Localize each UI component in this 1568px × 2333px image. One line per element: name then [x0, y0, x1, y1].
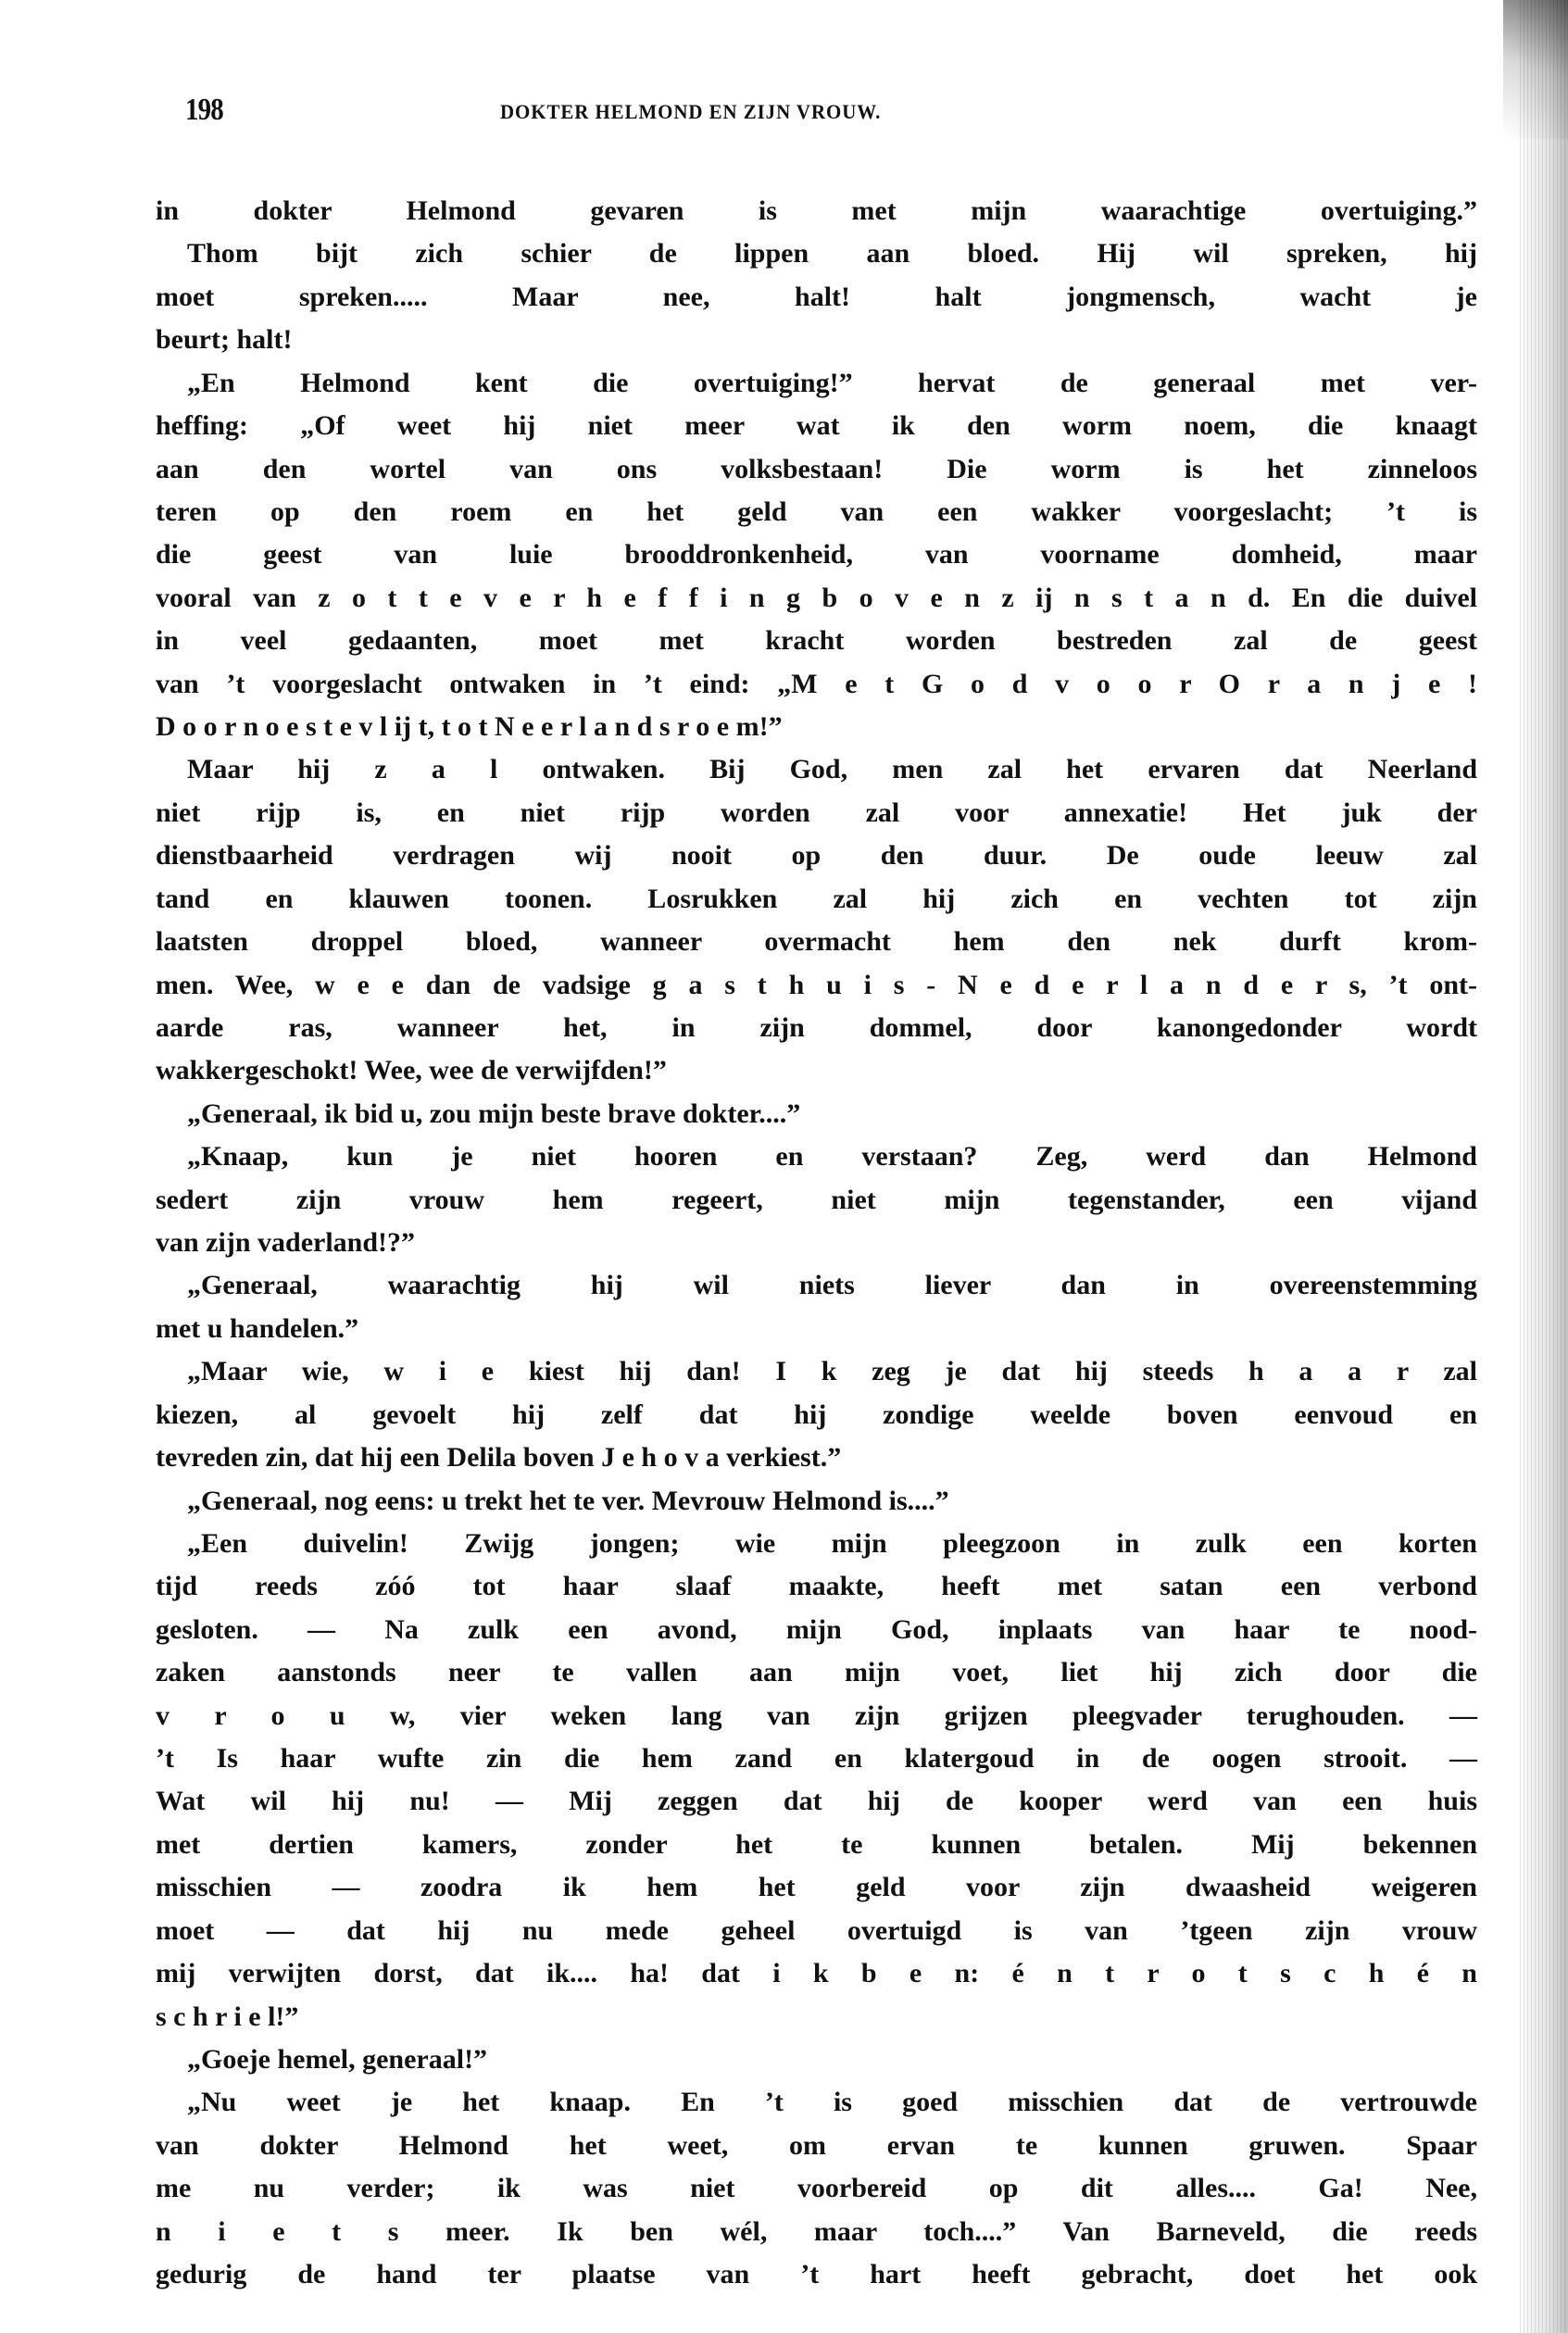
text-line-content: in veel gedaanten, moet met kracht worde…	[156, 626, 1477, 655]
text-line: wakkergeschokt! Wee, wee de verwijfden!”	[156, 1056, 1477, 1085]
text-line: moet — dat hij nu mede geheel overtuigd …	[156, 1916, 1477, 1945]
text-line: van zijn vaderland!?”	[156, 1228, 1477, 1257]
text-line: vooral van z o t t e v e r h e f f i n g…	[156, 583, 1477, 612]
text-line-content: misschien — zoodra ik hem het geld voor …	[156, 1873, 1477, 1901]
scan-edge-shadow	[1517, 0, 1568, 2333]
text-line-content: met dertien kamers, zonder het te kunnen…	[156, 1830, 1477, 1859]
text-line-content: van dokter Helmond het weet, om ervan te…	[156, 2131, 1477, 2160]
text-line: teren op den roem en het geld van een wa…	[156, 497, 1477, 526]
text-line: moet spreken..... Maar nee, halt! halt j…	[156, 282, 1477, 311]
text-line: heffing: „Of weet hij niet meer wat ik d…	[156, 411, 1477, 440]
text-line-content: beurt; halt!	[156, 325, 1477, 354]
text-line-content: die geest van luie brooddronkenheid, van…	[156, 540, 1477, 569]
text-line-content: Maar hij z a l ontwaken. Bij God, men za…	[187, 755, 1477, 784]
text-line: die geest van luie brooddronkenheid, van…	[156, 540, 1477, 569]
text-line-content: niet rijp is, en niet rijp worden zal vo…	[156, 798, 1477, 827]
text-line: n i e t s meer. Ik ben wél, maar toch...…	[156, 2217, 1477, 2246]
text-line-content: „Knaap, kun je niet hooren en verstaan? …	[187, 1142, 1477, 1171]
text-line: tevreden zin, dat hij een Delila boven J…	[156, 1443, 1477, 1472]
text-line-content: zaken aanstonds neer te vallen aan mijn …	[156, 1658, 1477, 1687]
text-line: Thom bijt zich schier de lippen aan bloe…	[156, 239, 1477, 268]
running-head: 198 DOKTER HELMOND EN ZIJN VROUW.	[185, 93, 1473, 130]
text-line: beurt; halt!	[156, 325, 1477, 354]
text-line: zaken aanstonds neer te vallen aan mijn …	[156, 1658, 1477, 1687]
text-line: Maar hij z a l ontwaken. Bij God, men za…	[156, 755, 1477, 784]
text-line-content: in dokter Helmond gevaren is met mijn wa…	[156, 196, 1477, 225]
running-title: DOKTER HELMOND EN ZIJN VROUW.	[500, 100, 881, 124]
text-line: kiezen, al gevoelt hij zelf dat hij zond…	[156, 1400, 1477, 1429]
text-line: „Generaal, nog eens: u trekt het te ver.…	[156, 1486, 1477, 1515]
text-line: met dertien kamers, zonder het te kunnen…	[156, 1830, 1477, 1859]
text-line-content: Wat wil hij nu! — Mij zeggen dat hij de …	[156, 1787, 1477, 1815]
text-line-content: moet spreken..... Maar nee, halt! halt j…	[156, 282, 1477, 311]
text-line: „Een duivelin! Zwijg jongen; wie mijn pl…	[156, 1529, 1477, 1558]
text-line: sedert zijn vrouw hem regeert, niet mijn…	[156, 1185, 1477, 1214]
text-line: van ’t voorgeslacht ontwaken in ’t eind:…	[156, 670, 1477, 698]
text-line: „En Helmond kent die overtuiging!” herva…	[156, 369, 1477, 397]
text-line-content: met u handelen.”	[156, 1314, 1477, 1343]
text-line-content: „Maar wie, w i e kiest hij dan! I k zeg …	[187, 1357, 1477, 1386]
text-line-content: v r o u w, vier weken lang van zijn grij…	[156, 1701, 1477, 1730]
text-line-content: D o o r n o e s t e v l ij t, t o t N e …	[156, 712, 1477, 741]
text-line-content: men. Wee, w e e dan de vadsige g a s t h…	[156, 971, 1477, 999]
text-line: in veel gedaanten, moet met kracht worde…	[156, 626, 1477, 655]
text-line-content: kiezen, al gevoelt hij zelf dat hij zond…	[156, 1400, 1477, 1429]
text-line-content: wakkergeschokt! Wee, wee de verwijfden!”	[156, 1056, 1477, 1085]
text-line: „Nu weet je het knaap. En ’t is goed mis…	[156, 2088, 1477, 2116]
text-line: laatsten droppel bloed, wanneer overmach…	[156, 927, 1477, 956]
page-number: 198	[185, 93, 223, 128]
text-line-content: „Goeje hemel, generaal!”	[187, 2045, 1477, 2074]
text-line-content: „Nu weet je het knaap. En ’t is goed mis…	[187, 2088, 1477, 2116]
text-line-content: mij verwijten dorst, dat ik.... ha! dat …	[156, 1959, 1477, 1988]
text-line-content: sedert zijn vrouw hem regeert, niet mijn…	[156, 1185, 1477, 1214]
text-line-content: teren op den roem en het geld van een wa…	[156, 497, 1477, 526]
text-line: „Maar wie, w i e kiest hij dan! I k zeg …	[156, 1357, 1477, 1386]
text-line-content: tand en klauwen toonen. Losrukken zal hi…	[156, 884, 1477, 913]
text-line: mij verwijten dorst, dat ik.... ha! dat …	[156, 1959, 1477, 1988]
text-line-content: „Generaal, waarachtig hij wil niets liev…	[187, 1271, 1477, 1299]
text-line: „Generaal, waarachtig hij wil niets liev…	[156, 1271, 1477, 1299]
text-line-content: „Generaal, nog eens: u trekt het te ver.…	[187, 1486, 1477, 1515]
text-line: tand en klauwen toonen. Losrukken zal hi…	[156, 884, 1477, 913]
text-line-content: „En Helmond kent die overtuiging!” herva…	[187, 369, 1477, 397]
text-line: gesloten. — Na zulk een avond, mijn God,…	[156, 1615, 1477, 1644]
text-line-content: laatsten droppel bloed, wanneer overmach…	[156, 927, 1477, 956]
text-line-content: van zijn vaderland!?”	[156, 1228, 1477, 1257]
text-line: „Goeje hemel, generaal!”	[156, 2045, 1477, 2074]
text-line-content: aarde ras, wanneer het, in zijn dommel, …	[156, 1013, 1477, 1042]
text-line-content: heffing: „Of weet hij niet meer wat ik d…	[156, 411, 1477, 440]
text-line: in dokter Helmond gevaren is met mijn wa…	[156, 196, 1477, 225]
text-line: „Knaap, kun je niet hooren en verstaan? …	[156, 1142, 1477, 1171]
text-line: ’t Is haar wufte zin die hem zand en kla…	[156, 1744, 1477, 1773]
text-line: s c h r i e l!”	[156, 2002, 1477, 2031]
text-line: van dokter Helmond het weet, om ervan te…	[156, 2131, 1477, 2160]
text-line: me nu verder; ik was niet voorbereid op …	[156, 2174, 1477, 2202]
text-line: men. Wee, w e e dan de vadsige g a s t h…	[156, 971, 1477, 999]
text-line-content: „Generaal, ik bid u, zou mijn beste brav…	[187, 1099, 1477, 1128]
scan-edge-corner	[1503, 0, 1568, 139]
text-line-content: tijd reeds zóó tot haar slaaf maakte, he…	[156, 1572, 1477, 1600]
text-line-content: tevreden zin, dat hij een Delila boven J…	[156, 1443, 1477, 1472]
text-line-content: van ’t voorgeslacht ontwaken in ’t eind:…	[156, 670, 1477, 698]
text-line-content: moet — dat hij nu mede geheel overtuigd …	[156, 1916, 1477, 1945]
text-line: „Generaal, ik bid u, zou mijn beste brav…	[156, 1099, 1477, 1128]
text-line-content: ’t Is haar wufte zin die hem zand en kla…	[156, 1744, 1477, 1773]
text-line-content: vooral van z o t t e v e r h e f f i n g…	[156, 583, 1477, 612]
text-line-content: „Een duivelin! Zwijg jongen; wie mijn pl…	[187, 1529, 1477, 1558]
text-line: aarde ras, wanneer het, in zijn dommel, …	[156, 1013, 1477, 1042]
text-line: Wat wil hij nu! — Mij zeggen dat hij de …	[156, 1787, 1477, 1815]
text-line: D o o r n o e s t e v l ij t, t o t N e …	[156, 712, 1477, 741]
text-line: tijd reeds zóó tot haar slaaf maakte, he…	[156, 1572, 1477, 1600]
text-line: misschien — zoodra ik hem het geld voor …	[156, 1873, 1477, 1901]
text-line-content: dienstbaarheid verdragen wij nooit op de…	[156, 841, 1477, 870]
text-line-content: Thom bijt zich schier de lippen aan bloe…	[187, 239, 1477, 268]
text-line-content: gedurig de hand ter plaatse van ’t hart …	[156, 2260, 1477, 2289]
text-line-content: aan den wortel van ons volksbestaan! Die…	[156, 455, 1477, 483]
text-line-content: me nu verder; ik was niet voorbereid op …	[156, 2174, 1477, 2202]
text-line: met u handelen.”	[156, 1314, 1477, 1343]
text-line: v r o u w, vier weken lang van zijn grij…	[156, 1701, 1477, 1730]
text-line-content: s c h r i e l!”	[156, 2002, 1477, 2031]
text-line: gedurig de hand ter plaatse van ’t hart …	[156, 2260, 1477, 2289]
text-line-content: n i e t s meer. Ik ben wél, maar toch...…	[156, 2217, 1477, 2246]
text-line: dienstbaarheid verdragen wij nooit op de…	[156, 841, 1477, 870]
text-line: aan den wortel van ons volksbestaan! Die…	[156, 455, 1477, 483]
text-line: niet rijp is, en niet rijp worden zal vo…	[156, 798, 1477, 827]
text-line-content: gesloten. — Na zulk een avond, mijn God,…	[156, 1615, 1477, 1644]
